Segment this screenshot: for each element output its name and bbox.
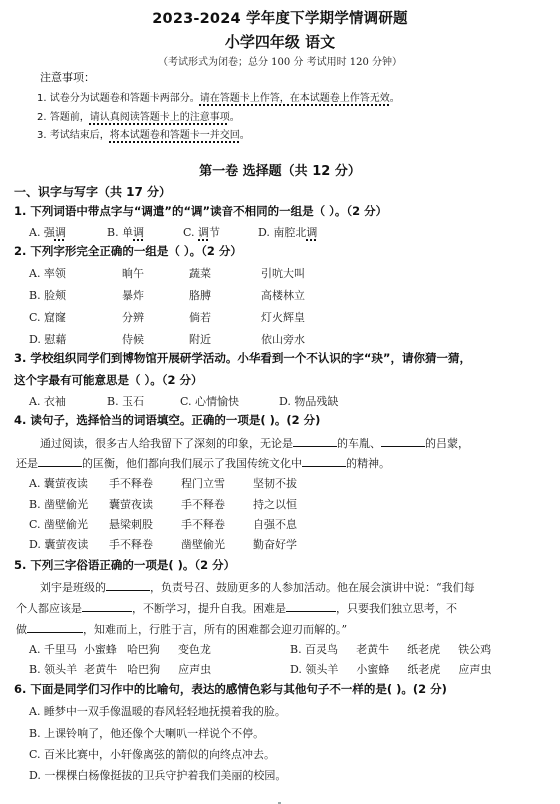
option-word: 铁公鸡	[458, 643, 491, 656]
q2-option-d-word: 依山旁水	[261, 331, 305, 347]
option-word: 哈巴狗	[127, 663, 160, 676]
passage-text: 刘宇是班级的	[40, 581, 106, 594]
q2-option-d-word: 附近	[189, 331, 211, 347]
q4-option-c-word: 手不释卷	[181, 516, 225, 532]
passage-text: ，不断学习，提升自我。困难是	[132, 602, 286, 615]
option-word: 老黄牛	[84, 663, 117, 676]
q5-option-a[interactable]: A. 千里马小蜜蜂哈巴狗变色龙	[29, 641, 211, 657]
passage-text: 的匡衡，他们都向我们展示了我国传统文化中	[82, 457, 302, 470]
q6-option-d[interactable]: D. 一棵棵白杨像挺拔的卫兵守护着我们美丽的校园。	[29, 767, 286, 783]
q2-option-c-word: 分辨	[122, 309, 144, 325]
q4-option-d[interactable]: D. 囊萤夜读	[29, 536, 88, 552]
q5-option-c[interactable]: B. 领头羊老黄牛哈巴狗应声虫	[29, 661, 211, 677]
q2-option-b-word: 胳膊	[189, 287, 211, 303]
question-3-stem-line-2: 这个字最有可能意思是（ ）。（2 分）	[14, 372, 203, 388]
q2-option-c-word: 倘若	[189, 309, 211, 325]
question-1-stem: 1. 下列词语中带点字与“调遣”的“调”读音不相同的一组是（ ）。（2 分）	[14, 203, 387, 219]
q4-passage-line-2: 还是的匡衡，他们都向我们展示了我国传统文化中的精神。	[16, 454, 390, 471]
q4-option-b-word: 囊萤夜读	[109, 496, 153, 512]
q2-option-b-word: 高楼林立	[261, 287, 305, 303]
option-label: D. 领头羊	[290, 663, 338, 676]
q5-passage-line-1: 刘宇是班级的，负责号召、鼓励更多的人参加活动。他在展会演讲中说：“我们每	[40, 578, 475, 595]
question-6-stem: 6. 下面是同学们习作中的比喻句，表达的感情色彩与其他句子不一样的是( )。(2…	[14, 681, 447, 697]
fill-blank	[302, 454, 346, 467]
q4-option-d-word: 手不释卷	[109, 536, 153, 552]
passage-text: 个人都应该是	[16, 602, 82, 615]
exam-title: 2023-2024 学年度下学期学情调研题	[0, 7, 560, 28]
passage-text: 的吕蒙，	[425, 437, 469, 450]
q4-option-a-word: 坚韧不拔	[253, 475, 297, 491]
notice-item-1: 1. 试卷分为试题卷和答题卡两部分。请在答题卡上作答，在本试题卷上作答无效。	[37, 89, 400, 104]
question-3-stem-line-1: 3. 学校组织同学们到博物馆开展研学活动。小华看到一个不认识的字“玦”，请你猜一…	[14, 350, 471, 366]
passage-text: ，只要我们独立思考，不	[336, 602, 457, 615]
q5-option-d[interactable]: D. 领头羊小蜜蜂纸老虎应声虫	[290, 661, 491, 677]
notice-text: 3. 考试结束后，	[37, 130, 110, 141]
passage-text: ，负责号召、鼓励更多的人参加活动。他在展会演讲中说：“我们每	[150, 581, 475, 594]
notice-item-3: 3. 考试结束后，将本试题卷和答题卡一并交回。	[37, 126, 250, 141]
fill-blank	[82, 599, 132, 612]
passage-text: 的车胤、	[337, 437, 381, 450]
notice-item-2: 2. 答题前，请认真阅读答题卡上的注意事项。	[37, 108, 240, 123]
option-word: 变色龙	[178, 643, 211, 656]
option-label: B. 百灵鸟	[290, 643, 338, 656]
q2-option-d[interactable]: D. 慰藉	[29, 331, 66, 347]
q5-passage-line-2: 个人都应该是，不断学习，提升自我。困难是，只要我们独立思考，不	[16, 599, 457, 616]
q4-option-a-word: 手不释卷	[109, 475, 153, 491]
q4-option-b-word: 持之以恒	[253, 496, 297, 512]
option-word: 老黄牛	[356, 643, 389, 656]
q6-option-b[interactable]: B. 上课铃响了，他还像个大喇叭一样说个不停。	[29, 725, 264, 741]
q4-option-a[interactable]: A. 囊萤夜读	[29, 475, 88, 491]
q3-option-a[interactable]: A. 衣袖	[29, 393, 66, 409]
option-word: 小蜜蜂	[356, 663, 389, 676]
fill-blank	[106, 578, 150, 591]
fill-blank	[381, 434, 425, 447]
q2-option-a-word: 蔬菜	[189, 265, 211, 281]
passage-text: ，知难而上，行胜于言，所有的困难都会迎刃而解的。”	[83, 623, 347, 636]
fill-blank	[38, 454, 82, 467]
q1-option-d[interactable]: D. 南腔北调	[258, 224, 317, 240]
question-4-stem: 4. 读句子，选择恰当的词语填空。正确的一项是( )。(2 分)	[14, 412, 320, 428]
question-2-stem: 2. 下列字形完全正确的一组是（ ）。（2 分）	[14, 243, 242, 259]
q2-option-c[interactable]: C. 窟窿	[29, 309, 66, 325]
q4-option-c-word: 自强不息	[253, 516, 297, 532]
q5-option-b[interactable]: B. 百灵鸟老黄牛纸老虎铁公鸡	[290, 641, 491, 657]
q3-option-b[interactable]: B. 玉石	[107, 393, 144, 409]
notice-emphasis: 将本试题卷和答题卡一并交回	[110, 130, 240, 141]
notice-text: 2. 答题前，	[37, 112, 90, 123]
option-word: 小蜜蜂	[84, 643, 117, 656]
q4-option-d-word: 勤奋好学	[253, 536, 297, 552]
option-word: 纸老虎	[407, 643, 440, 656]
q4-option-a-word: 程门立雪	[181, 475, 225, 491]
option-word: 应声虫	[178, 663, 211, 676]
q2-option-b-word: 暴炸	[122, 287, 144, 303]
passage-text: 做	[16, 623, 27, 636]
notice-emphasis: 请认真阅读答题卡上的注意事项	[90, 112, 230, 123]
exam-subtitle: 小学四年级 语文	[0, 31, 560, 52]
q5-passage-line-3: 做，知难而上，行胜于言，所有的困难都会迎刃而解的。”	[16, 620, 347, 637]
q1-option-b[interactable]: B. 单调	[107, 224, 144, 240]
q1-option-c[interactable]: C. 调节	[183, 224, 220, 240]
exam-info: （考试形式为闭卷；总分 100 分 考试用时 120 分钟）	[0, 53, 560, 68]
option-word: 纸老虎	[407, 663, 440, 676]
q1-option-a[interactable]: A. 强调	[29, 224, 66, 240]
q4-option-c[interactable]: C. 凿壁偷光	[29, 516, 88, 532]
q2-option-b[interactable]: B. 脸颊	[29, 287, 66, 303]
q3-option-c[interactable]: C. 心情愉快	[180, 393, 239, 409]
notice-text: 。	[230, 112, 240, 123]
passage-text: 通过阅读，很多古人给我留下了深刻的印象，无论是	[40, 437, 293, 450]
fill-blank	[293, 434, 337, 447]
q2-option-a-word: 引吭大叫	[261, 265, 305, 281]
fill-blank	[286, 599, 336, 612]
option-word: 应声虫	[458, 663, 491, 676]
q4-option-d-word: 凿壁偷光	[181, 536, 225, 552]
q4-option-b-word: 手不释卷	[181, 496, 225, 512]
q2-option-d-word: 侍候	[122, 331, 144, 347]
notice-emphasis: 请在答题卡上作答，在本试题卷上作答无效	[200, 93, 390, 104]
q2-option-c-word: 灯火辉皇	[261, 309, 305, 325]
q4-option-b[interactable]: B. 凿壁偷光	[29, 496, 88, 512]
fill-blank	[27, 620, 83, 633]
q3-option-d[interactable]: D. 物品残缺	[279, 393, 338, 409]
exam-paper-page: 2023-2024 学年度下学期学情调研题 小学四年级 语文 （考试形式为闭卷；…	[0, 0, 560, 804]
section-title: 第一卷 选择题（共 12 分）	[0, 160, 560, 179]
notice-text: 。	[390, 93, 400, 104]
q4-option-c-word: 悬梁刺股	[109, 516, 153, 532]
option-word: 哈巴狗	[127, 643, 160, 656]
option-label: B. 领头羊	[29, 663, 77, 676]
passage-text: 还是	[16, 457, 38, 470]
notice-text: 。	[240, 130, 250, 141]
q2-option-a-word: 晌午	[122, 265, 144, 281]
option-label: A. 千里马	[29, 643, 77, 656]
passage-text: 的精神。	[346, 457, 390, 470]
q4-passage-line-1: 通过阅读，很多古人给我留下了深刻的印象，无论是的车胤、的吕蒙，	[40, 434, 469, 451]
notice-heading: 注意事项：	[40, 69, 95, 85]
question-5-stem: 5. 下列三字俗语正确的一项是( )。（2 分）	[14, 557, 235, 573]
part-title: 一、识字与写字（共 17 分）	[14, 183, 171, 200]
q6-option-a[interactable]: A. 睡梦中一双手像温暖的春风轻轻地抚摸着我的脸。	[29, 703, 286, 719]
notice-text: 1. 试卷分为试题卷和答题卡两部分。	[37, 93, 200, 104]
q6-option-c[interactable]: C. 百米比赛中，小轩像离弦的箭似的向终点冲去。	[29, 746, 275, 762]
q2-option-a[interactable]: A. 率领	[29, 265, 66, 281]
